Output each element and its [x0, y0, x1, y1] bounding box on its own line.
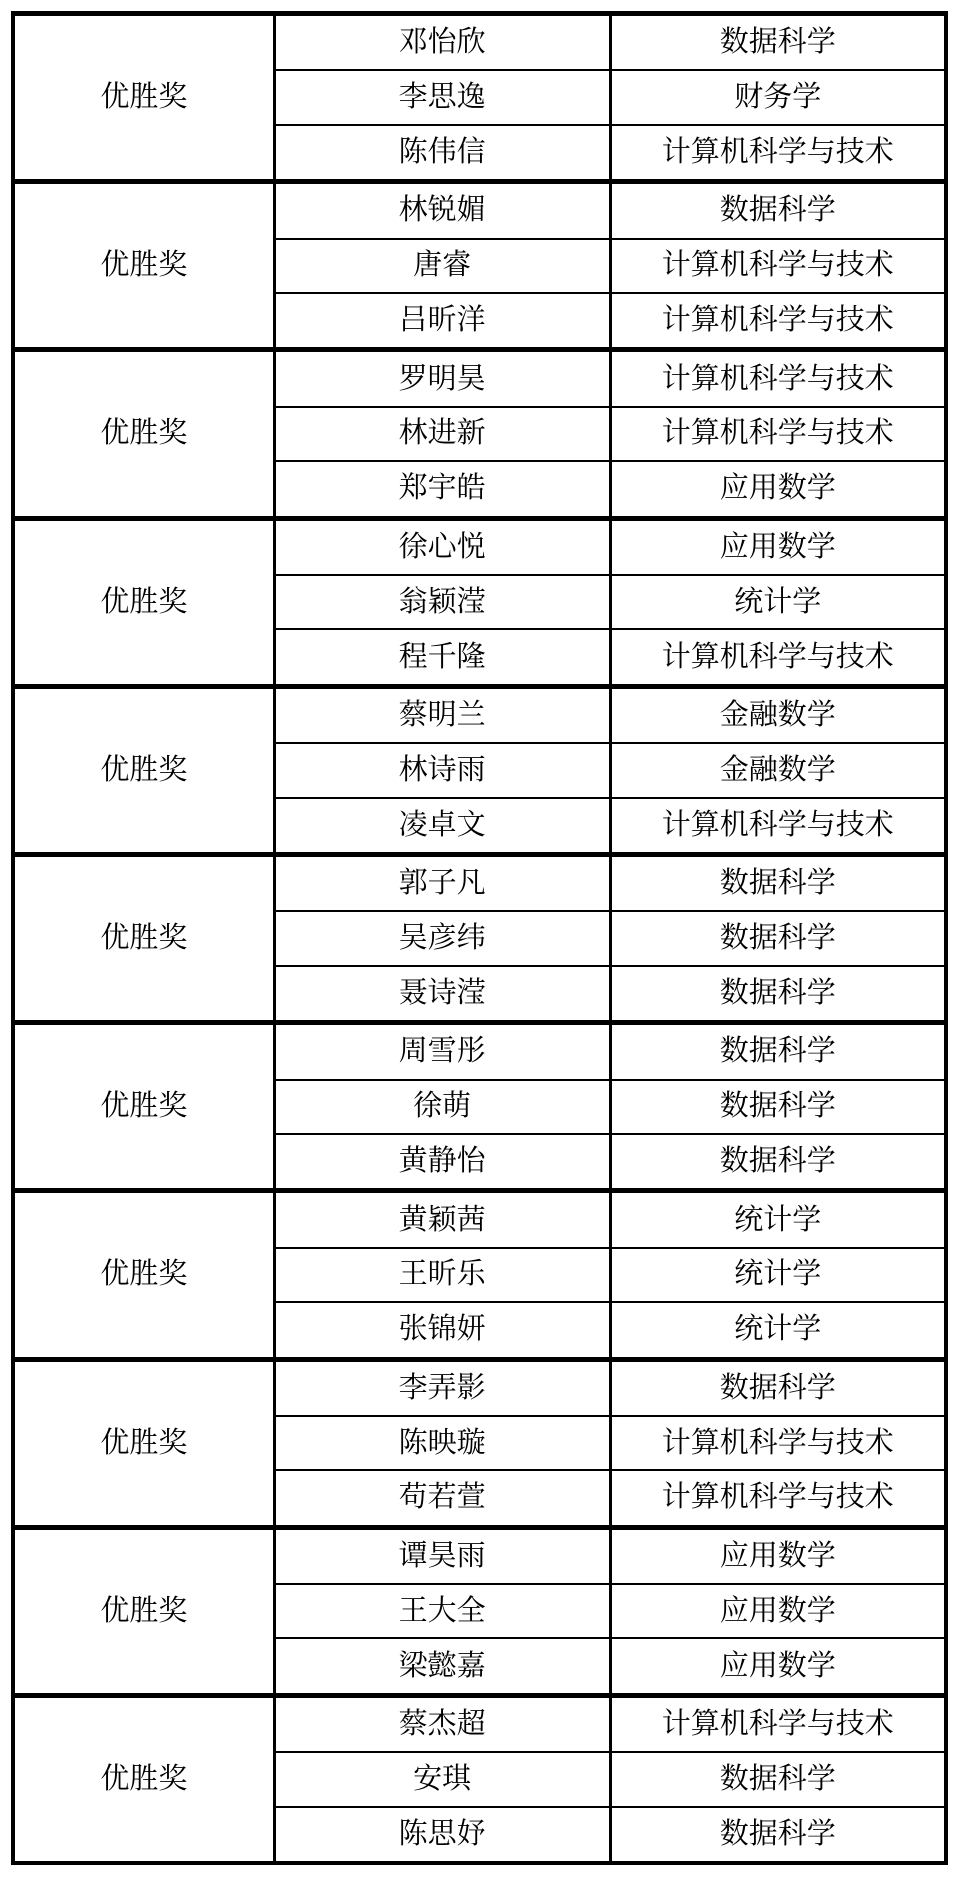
winner-major-cell: 计算机科学与技术	[610, 798, 946, 855]
winner-major-cell: 计算机科学与技术	[610, 239, 946, 293]
winner-major-cell: 计算机科学与技术	[610, 1470, 946, 1527]
award-cell: 优胜奖	[13, 1359, 274, 1527]
winner-name-cell: 唐睿	[274, 239, 610, 293]
winner-name-cell: 陈思妤	[274, 1807, 610, 1863]
winner-name-cell: 程千隆	[274, 629, 610, 686]
winner-name-cell: 蔡明兰	[274, 686, 610, 743]
winner-name-cell: 邓怡欣	[274, 14, 610, 71]
winner-name-cell: 王昕乐	[274, 1248, 610, 1302]
winner-major-cell: 数据科学	[610, 854, 946, 911]
winner-name-cell: 李思逸	[274, 70, 610, 124]
winner-name-cell: 苟若萱	[274, 1470, 610, 1527]
winner-name-cell: 蔡杰超	[274, 1695, 610, 1752]
winner-name-cell: 陈伟信	[274, 125, 610, 182]
award-cell: 优胜奖	[13, 350, 274, 518]
winner-name-cell: 周雪彤	[274, 1023, 610, 1080]
table-row: 优胜奖邓怡欣数据科学	[13, 14, 946, 71]
winner-name-cell: 安琪	[274, 1752, 610, 1806]
winner-name-cell: 陈映璇	[274, 1416, 610, 1470]
winner-major-cell: 计算机科学与技术	[610, 1416, 946, 1470]
winner-name-cell: 林锐媚	[274, 182, 610, 239]
winner-name-cell: 徐心悦	[274, 518, 610, 575]
winner-name-cell: 黄颖茜	[274, 1191, 610, 1248]
winner-name-cell: 罗明昊	[274, 350, 610, 407]
winner-major-cell: 应用数学	[610, 461, 946, 518]
winner-name-cell: 梁懿嘉	[274, 1638, 610, 1695]
table-row: 优胜奖蔡明兰金融数学	[13, 686, 946, 743]
winner-major-cell: 数据科学	[610, 14, 946, 71]
winner-major-cell: 数据科学	[610, 1134, 946, 1191]
winner-major-cell: 统计学	[610, 1248, 946, 1302]
table-row: 优胜奖周雪彤数据科学	[13, 1023, 946, 1080]
table-row: 优胜奖林锐媚数据科学	[13, 182, 946, 239]
winner-name-cell: 吴彦纬	[274, 911, 610, 965]
winner-major-cell: 应用数学	[610, 1527, 946, 1584]
winner-name-cell: 吕昕洋	[274, 293, 610, 350]
winner-major-cell: 应用数学	[610, 1584, 946, 1638]
winner-name-cell: 凌卓文	[274, 798, 610, 855]
award-cell: 优胜奖	[13, 686, 274, 854]
table-row: 优胜奖徐心悦应用数学	[13, 518, 946, 575]
winner-major-cell: 数据科学	[610, 1080, 946, 1134]
winner-major-cell: 统计学	[610, 1191, 946, 1248]
winner-major-cell: 统计学	[610, 1302, 946, 1359]
winner-name-cell: 林诗雨	[274, 743, 610, 797]
winner-major-cell: 计算机科学与技术	[610, 350, 946, 407]
award-cell: 优胜奖	[13, 1527, 274, 1695]
table-row: 优胜奖郭子凡数据科学	[13, 854, 946, 911]
award-cell: 优胜奖	[13, 518, 274, 686]
winner-name-cell: 郭子凡	[274, 854, 610, 911]
winner-major-cell: 金融数学	[610, 743, 946, 797]
award-cell: 优胜奖	[13, 854, 274, 1022]
winner-major-cell: 数据科学	[610, 1023, 946, 1080]
award-table-body: 优胜奖邓怡欣数据科学李思逸财务学陈伟信计算机科学与技术优胜奖林锐媚数据科学唐睿计…	[13, 14, 946, 1864]
winner-name-cell: 郑宇皓	[274, 461, 610, 518]
winner-name-cell: 林进新	[274, 407, 610, 461]
award-cell: 优胜奖	[13, 14, 274, 182]
winner-name-cell: 谭昊雨	[274, 1527, 610, 1584]
winner-major-cell: 计算机科学与技术	[610, 629, 946, 686]
award-winners-table: 优胜奖邓怡欣数据科学李思逸财务学陈伟信计算机科学与技术优胜奖林锐媚数据科学唐睿计…	[11, 11, 948, 1865]
winner-name-cell: 徐萌	[274, 1080, 610, 1134]
winner-major-cell: 数据科学	[610, 1359, 946, 1416]
winner-major-cell: 数据科学	[610, 1807, 946, 1863]
award-cell: 优胜奖	[13, 1191, 274, 1359]
winner-major-cell: 金融数学	[610, 686, 946, 743]
award-cell: 优胜奖	[13, 1023, 274, 1191]
winner-major-cell: 数据科学	[610, 966, 946, 1023]
winner-major-cell: 财务学	[610, 70, 946, 124]
table-row: 优胜奖李弄影数据科学	[13, 1359, 946, 1416]
winner-major-cell: 计算机科学与技术	[610, 125, 946, 182]
table-row: 优胜奖蔡杰超计算机科学与技术	[13, 1695, 946, 1752]
table-row: 优胜奖黄颖茜统计学	[13, 1191, 946, 1248]
winner-major-cell: 数据科学	[610, 911, 946, 965]
winner-name-cell: 黄静怡	[274, 1134, 610, 1191]
winner-name-cell: 李弄影	[274, 1359, 610, 1416]
winner-major-cell: 计算机科学与技术	[610, 1695, 946, 1752]
winner-major-cell: 统计学	[610, 575, 946, 629]
winner-major-cell: 计算机科学与技术	[610, 293, 946, 350]
award-cell: 优胜奖	[13, 182, 274, 350]
winner-name-cell: 王大全	[274, 1584, 610, 1638]
winner-name-cell: 聂诗滢	[274, 966, 610, 1023]
table-row: 优胜奖谭昊雨应用数学	[13, 1527, 946, 1584]
winner-major-cell: 数据科学	[610, 182, 946, 239]
winner-major-cell: 应用数学	[610, 518, 946, 575]
winner-name-cell: 张锦妍	[274, 1302, 610, 1359]
winner-major-cell: 计算机科学与技术	[610, 407, 946, 461]
award-cell: 优胜奖	[13, 1695, 274, 1863]
winner-major-cell: 应用数学	[610, 1638, 946, 1695]
winner-major-cell: 数据科学	[610, 1752, 946, 1806]
table-row: 优胜奖罗明昊计算机科学与技术	[13, 350, 946, 407]
winner-name-cell: 翁颖滢	[274, 575, 610, 629]
